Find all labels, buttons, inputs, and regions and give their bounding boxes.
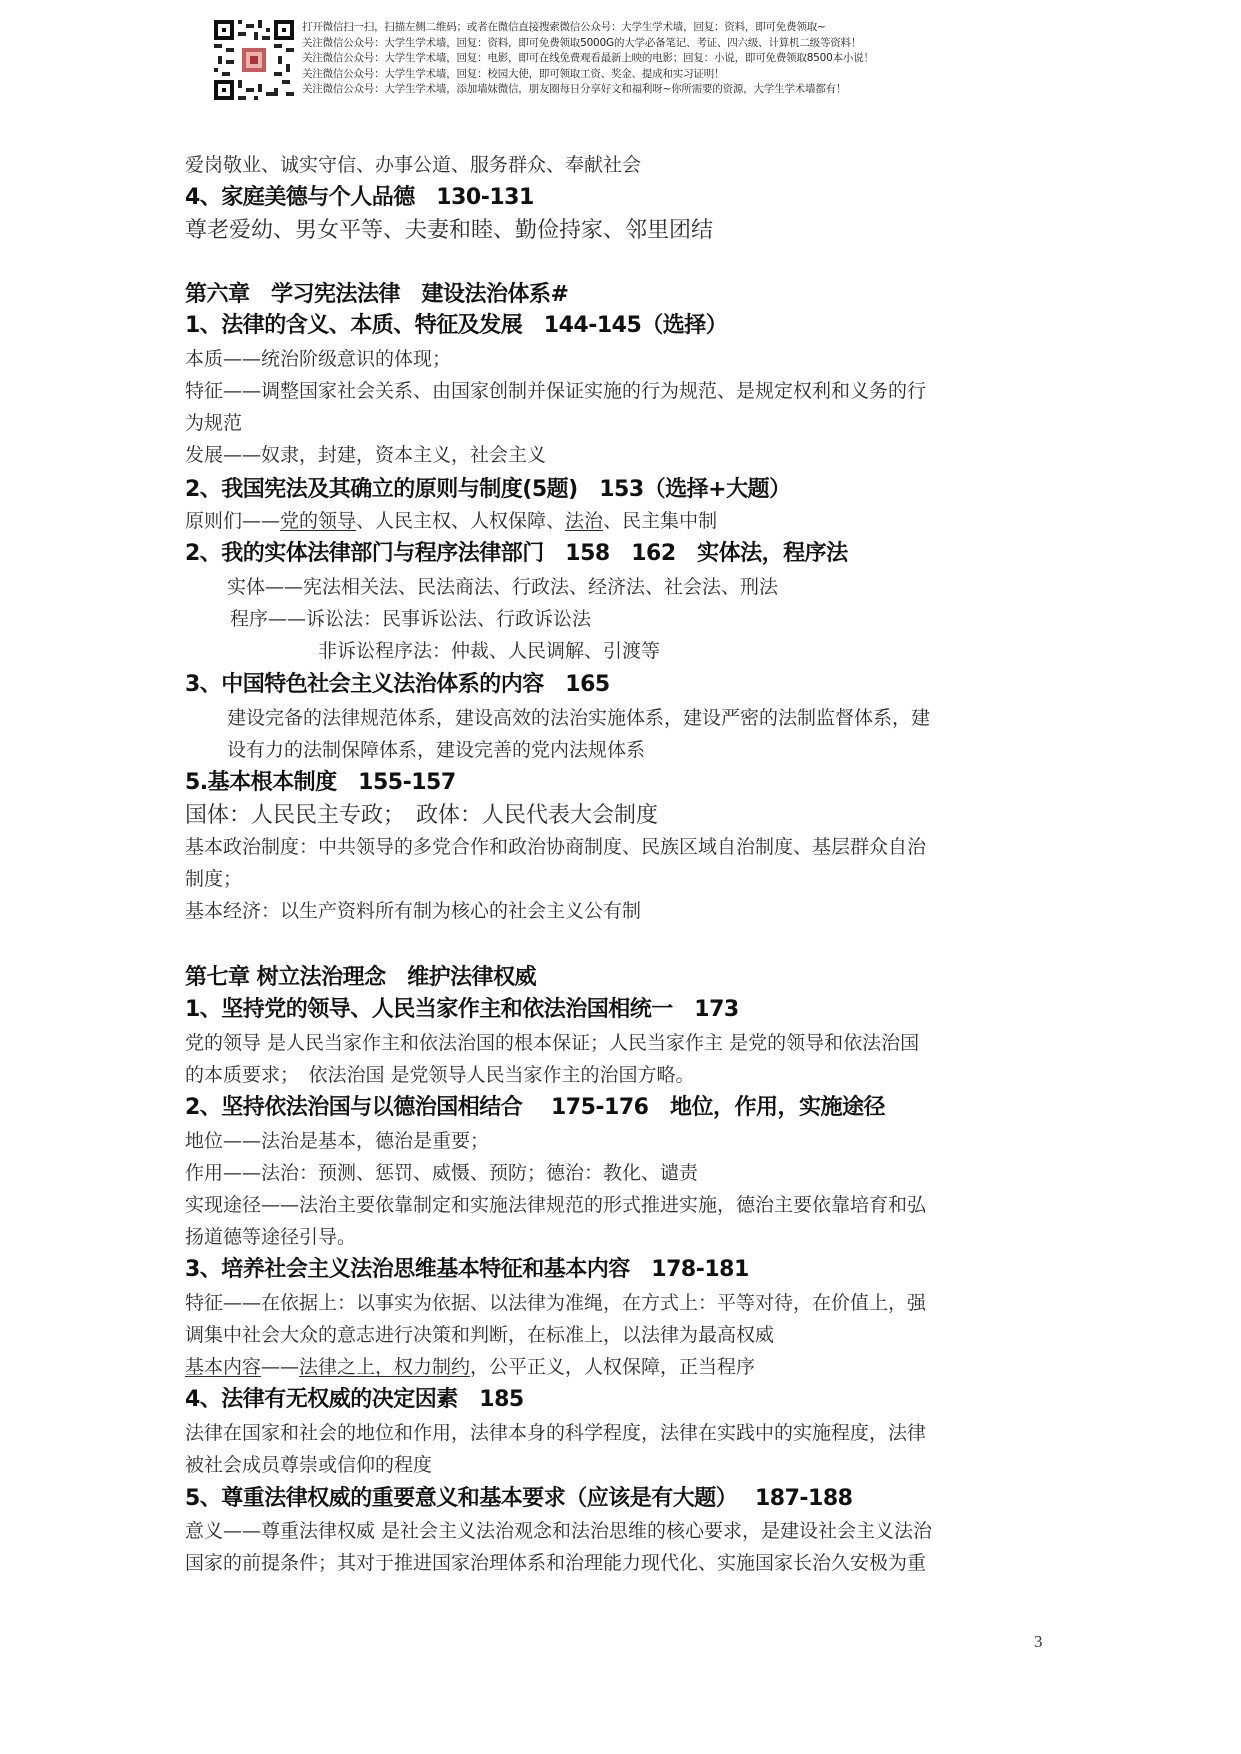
chapter-title: 第六章 学习宪法法律 建设法治体系# [185, 277, 568, 308]
paragraph: 特征——调整国家社会关系、由国家创制并保证实施的行为规范、是规定权利和义务的行 [185, 376, 926, 403]
underlined-text: 法治 [565, 510, 603, 532]
banner-line: 关注微信公众号：大学生学术墙，回复：校园大使，即可领取工资、奖金、提成和实习证明… [302, 67, 874, 83]
paragraph: 原则们——党的领导、人民主权、人权保障、法治、民主集中制 [185, 506, 717, 533]
qr-code-icon [214, 20, 294, 100]
paragraph: 作用——法治：预测、惩罚、威慑、预防；德治：教化、谴责 [185, 1158, 698, 1185]
section-heading: 5.基本根本制度 155-157 [185, 765, 456, 796]
banner-text: 打开微信扫一扫，扫描左侧二维码；或者在微信直接搜索微信公众号：大学生学术墙，回复… [302, 20, 874, 98]
section-heading: 2、我的实体法律部门与程序法律部门 158 162 实体法，程序法 [185, 536, 848, 567]
paragraph: 实现途径——法治主要依靠制定和实施法律规范的形式推进实施，德治主要依靠培育和弘 [185, 1190, 926, 1217]
paragraph: 程序——诉讼法：民事诉讼法、行政诉讼法 [230, 604, 591, 631]
paragraph: 国体：人民民主专政； 政体：人民代表大会制度 [185, 798, 658, 829]
banner-line: 关注微信公众号：大学生学术墙，回复：电影，即可在线免费观看最新上映的电影；回复：… [302, 51, 874, 67]
paragraph: 党的领导 是人民当家作主和依法治国的根本保证；人民当家作主 是党的领导和依法治国 [185, 1028, 919, 1055]
text: 、人民主权、人权保障、 [356, 510, 565, 532]
section-heading: 3、中国特色社会主义法治体系的内容 165 [185, 667, 610, 698]
paragraph: 为规范 [185, 408, 242, 435]
underlined-text: 基本内容 [185, 1356, 261, 1378]
paragraph: 爱岗敬业、诚实守信、办事公道、服务群众、奉献社会 [185, 150, 641, 177]
paragraph: 意义——尊重法律权威 是社会主义法治观念和法治思维的核心要求，是建设社会主义法治 [185, 1516, 932, 1543]
banner-line: 打开微信扫一扫，扫描左侧二维码；或者在微信直接搜索微信公众号：大学生学术墙，回复… [302, 20, 874, 36]
section-heading: 5、尊重法律权威的重要意义和基本要求（应该是有大题） 187-188 [185, 1481, 852, 1512]
section-heading: 2、坚持依法治国与以德治国相结合 175-176 地位，作用，实施途径 [185, 1090, 885, 1121]
paragraph: 基本政治制度：中共领导的多党合作和政治协商制度、民族区域自治制度、基层群众自治 [185, 832, 926, 859]
underlined-text: 法律之上，权力制约 [299, 1356, 470, 1378]
page-number: 3 [1034, 1632, 1043, 1652]
paragraph: 国家的前提条件；其对于推进国家治理体系和治理能力现代化、实施国家长治久安极为重 [185, 1548, 926, 1575]
banner-line: 关注微信公众号：大学生学术墙，添加墙妹微信，朋友圈每日分享好文和福利呀~你所需要… [302, 82, 874, 98]
paragraph: 设有力的法制保障体系，建设完善的党内法规体系 [227, 735, 645, 762]
paragraph: 制度； [185, 864, 242, 891]
underlined-text: 党的领导 [280, 510, 356, 532]
section-heading: 3、培养社会主义法治思维基本特征和基本内容 178-181 [185, 1252, 749, 1283]
paragraph: 基本经济：以生产资料所有制为核心的社会主义公有制 [185, 896, 641, 923]
text: 、民主集中制 [603, 510, 717, 532]
text: —— [261, 1356, 299, 1378]
section-heading: 4、法律有无权威的决定因素 185 [185, 1382, 524, 1413]
chapter-title: 第七章 树立法治理念 维护法律权威 [185, 960, 536, 991]
section-heading: 2、我国宪法及其确立的原则与制度(5题) 153（选择+大题） [185, 472, 791, 503]
paragraph: 实体——宪法相关法、民法商法、行政法、经济法、社会法、刑法 [227, 572, 778, 599]
text: ，公平正义，人权保障，正当程序 [470, 1356, 755, 1378]
paragraph: 非诉讼程序法：仲裁、人民调解、引渡等 [318, 636, 660, 663]
section-heading: 1、法律的含义、本质、特征及发展 144-145（选择） [185, 308, 727, 339]
section-heading: 1、坚持党的领导、人民当家作主和依法治国相统一 173 [185, 992, 739, 1023]
paragraph: 基本内容——法律之上，权力制约，公平正义，人权保障，正当程序 [185, 1352, 755, 1379]
banner-line: 关注微信公众号：大学生学术墙，回复：资料，即可免费领取5000G的大学必备笔记、… [302, 36, 874, 52]
paragraph: 尊老爱幼、男女平等、夫妻和睦、勤俭持家、邻里团结 [185, 213, 713, 244]
paragraph: 的本质要求； 依法治国 是党领导人民当家作主的治国方略。 [185, 1060, 695, 1087]
text: 原则们—— [185, 510, 280, 532]
paragraph: 扬道德等途径引导。 [185, 1222, 356, 1249]
paragraph: 发展——奴隶，封建，资本主义，社会主义 [185, 440, 546, 467]
paragraph: 地位——法治是基本，德治是重要； [185, 1126, 489, 1153]
paragraph: 本质——统治阶级意识的体现； [185, 344, 451, 371]
paragraph: 调集中社会大众的意志进行决策和判断，在标准上，以法律为最高权威 [185, 1320, 774, 1347]
promo-banner: 打开微信扫一扫，扫描左侧二维码；或者在微信直接搜索微信公众号：大学生学术墙，回复… [214, 20, 934, 100]
paragraph: 法律在国家和社会的地位和作用，法律本身的科学程度，法律在实践中的实施程度，法律 [185, 1418, 926, 1445]
paragraph: 特征——在依据上：以事实为依据、以法律为准绳，在方式上：平等对待，在价值上，强 [185, 1288, 926, 1315]
section-heading: 4、家庭美德与个人品德 130-131 [185, 180, 534, 211]
paragraph: 建设完备的法律规范体系，建设高效的法治实施体系，建设严密的法制监督体系，建 [227, 703, 930, 730]
document-page: 打开微信扫一扫，扫描左侧二维码；或者在微信直接搜索微信公众号：大学生学术墙，回复… [0, 0, 1241, 1754]
paragraph: 被社会成员尊崇或信仰的程度 [185, 1450, 432, 1477]
